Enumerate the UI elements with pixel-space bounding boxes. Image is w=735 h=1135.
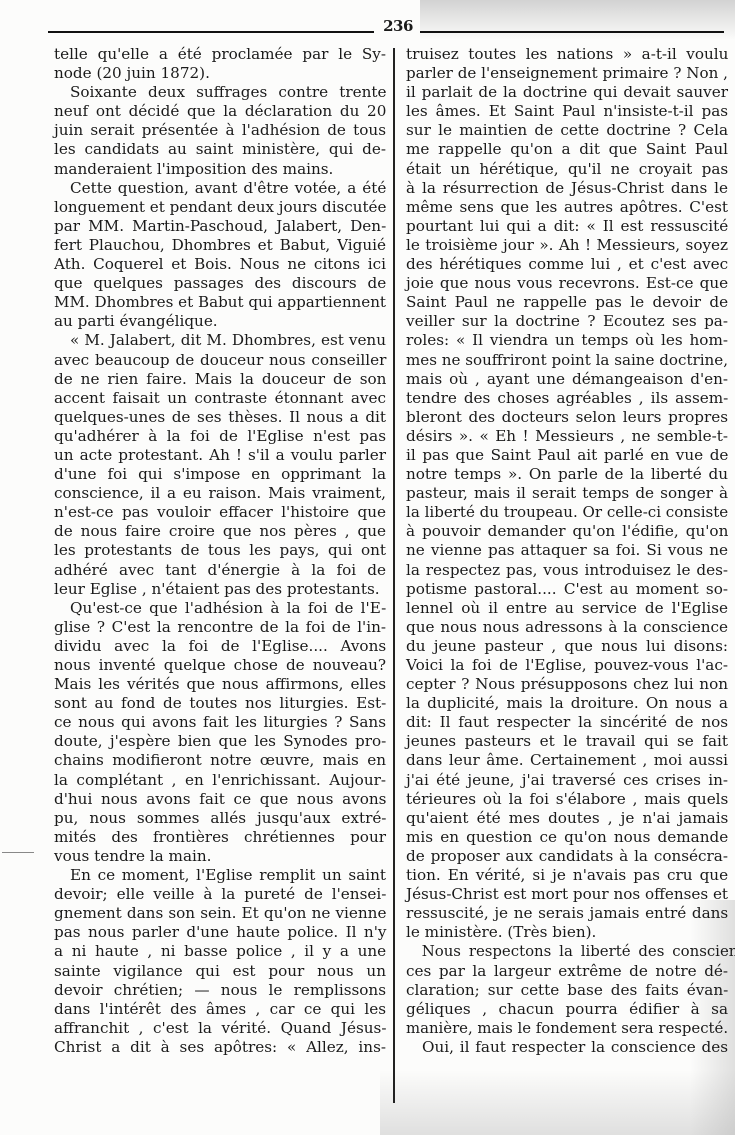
text-line: juin serait présentée à l'adhésion de to… <box>54 121 386 140</box>
text-line: me rappelle qu'on a dit que Saint Paul <box>406 140 728 159</box>
text-line: les âmes. Et Saint Paul n'insiste-t-il p… <box>406 102 728 121</box>
text-line: tion. En vérité, si je n'avais pas cru q… <box>406 866 728 885</box>
text-line: chains modifieront notre œuvre, mais en <box>54 751 386 770</box>
text-line: qu'aient été mes doutes , je n'ai jamais <box>406 809 728 828</box>
margin-mark <box>2 852 34 853</box>
text-line: ne vienne pas attaquer sa foi. Si vous n… <box>406 541 728 560</box>
header-rule-right <box>420 31 724 33</box>
text-line: pourtant lui qui a dit: « Il est ressusc… <box>406 217 728 236</box>
text-line: la liberté du troupeau. Or celle-ci cons… <box>406 503 728 522</box>
text-line: sur le maintien de cette doctrine ? Cela <box>406 121 728 140</box>
text-line: neuf ont décidé que la déclaration du 20 <box>54 102 386 121</box>
text-line: le ministère. (Très bien). <box>406 923 728 942</box>
text-line: la complétant , en l'enrichissant. Aujou… <box>54 771 386 790</box>
text-line: conscience, il a eu raison. Mais vraimen… <box>54 484 386 503</box>
text-line: du jeune pasteur , que nous lui disons: <box>406 637 728 656</box>
text-line: géliques , chacun pourra édifier à sa <box>406 1000 728 1019</box>
text-line: était un hérétique, qu'il ne croyait pas <box>406 160 728 179</box>
text-line: les protestants de tous les pays, qui on… <box>54 541 386 560</box>
text-line: glise ? C'est la rencontre de la foi de … <box>54 618 386 637</box>
text-line: mes ne souffriront point la saine doctri… <box>406 351 728 370</box>
text-line: avec beaucoup de douceur nous conseiller <box>54 351 386 370</box>
text-line: accent faisait un contraste étonnant ave… <box>54 389 386 408</box>
text-line: tendre des choses agréables , ils assem- <box>406 389 728 408</box>
text-line: Ath. Coquerel et Bois. Nous ne citons ic… <box>54 255 386 274</box>
text-line: sainte vigilance qui est pour nous un <box>54 962 386 981</box>
right-column: truisez toutes les nations » a-t-il voul… <box>406 45 728 1057</box>
text-line: de nous faire croire que nos pères , que <box>54 522 386 541</box>
text-line: quelques-unes de ses thèses. Il nous a d… <box>54 408 386 427</box>
text-line: un acte protestant. Ah ! s'il a voulu pa… <box>54 446 386 465</box>
text-line: leur Eglise , n'étaient pas des protesta… <box>54 580 386 599</box>
text-line: qu'adhérer à la foi de l'Eglise n'est pa… <box>54 427 386 446</box>
text-line: que nous nous adressons à la conscience <box>406 618 728 637</box>
text-line: à pouvoir demander qu'on l'édifie, qu'on <box>406 522 728 541</box>
text-line: vous tendre la main. <box>54 847 386 866</box>
text-line: a ni haute , ni basse police , il y a un… <box>54 942 386 961</box>
text-line: « M. Jalabert, dit M. Dhombres, est venu <box>54 331 386 350</box>
text-line: d'une foi qui s'impose en opprimant la <box>54 465 386 484</box>
text-line: d'hui nous avons fait ce que nous avons <box>54 790 386 809</box>
text-line: adhéré avec tant d'énergie à la foi de <box>54 561 386 580</box>
text-line: Nous respectons la liberté des conscien- <box>406 942 735 961</box>
text-line: Christ a dit à ses apôtres: « Allez, ins… <box>54 1038 386 1057</box>
text-line: nous inventé quelque chose de nouveau? <box>54 656 386 675</box>
text-line: j'ai été jeune, j'ai traversé ces crises… <box>406 771 728 790</box>
text-line: cepter ? Nous présupposons chez lui non <box>406 675 728 694</box>
text-line: Qu'est-ce que l'adhésion à la foi de l'E… <box>54 599 386 618</box>
text-line: la respectez pas, vous introduisez le de… <box>406 561 728 580</box>
text-line: dans l'intérêt des âmes , car ce qui les <box>54 1000 386 1019</box>
text-line: pas nous parler d'une haute police. Il n… <box>54 923 386 942</box>
text-line: dit: Il faut respecter la sincérité de n… <box>406 713 728 732</box>
text-line: telle qu'elle a été proclamée par le Sy- <box>54 45 386 64</box>
page-header: 236 <box>48 17 724 37</box>
text-line: joie que nous vous recevrons. Est-ce que <box>406 274 728 293</box>
text-line: de ne rien faire. Mais la douceur de son <box>54 370 386 389</box>
text-line: par MM. Martin-Paschoud, Jalabert, Den- <box>54 217 386 236</box>
text-line: En ce moment, l'Eglise remplit un saint <box>54 866 386 885</box>
text-line: manière, mais le fondement sera respecté… <box>406 1019 728 1038</box>
text-line: bleront des docteurs selon leurs propres <box>406 408 728 427</box>
text-line: notre temps ». On parle de la liberté du <box>406 465 728 484</box>
page-number: 236 <box>378 17 418 35</box>
text-line: désirs ». « Eh ! Messieurs , ne semble-t… <box>406 427 728 446</box>
text-line: dividu avec la foi de l'Eglise.... Avons <box>54 637 386 656</box>
text-line: Saint Paul ne rappelle pas le devoir de <box>406 293 728 312</box>
text-line: il parlait de la doctrine qui devait sau… <box>406 83 728 102</box>
text-line: gnement dans son sein. Et qu'on ne vienn… <box>54 904 386 923</box>
text-line: ces par la largeur extrême de notre dé- <box>406 962 728 981</box>
header-rule-left <box>48 31 374 33</box>
text-line: affranchit , c'est la vérité. Quand Jésu… <box>54 1019 386 1038</box>
text-line: Voici la foi de l'Eglise, pouvez-vous l'… <box>406 656 728 675</box>
text-line: à la résurrection de Jésus-Christ dans l… <box>406 179 728 198</box>
text-line: que quelques passages des discours de <box>54 274 386 293</box>
text-line: jeunes pasteurs et le travail qui se fai… <box>406 732 728 751</box>
text-line: potisme pastoral.... C'est au moment so- <box>406 580 728 599</box>
text-line: manderaient l'imposition des mains. <box>54 160 386 179</box>
text-line: parler de l'enseignement primaire ? Non … <box>406 64 728 83</box>
text-line: Cette question, avant d'être votée, a ét… <box>54 179 386 198</box>
text-line: doute, j'espère bien que les Synodes pro… <box>54 732 386 751</box>
text-line: au parti évangélique. <box>54 312 386 331</box>
text-line: truisez toutes les nations » a-t-il voul… <box>406 45 728 64</box>
column-divider <box>393 48 395 1103</box>
text-line: le troisième jour ». Ah ! Messieurs, soy… <box>406 236 728 255</box>
text-line: claration; sur cette base des faits évan… <box>406 981 728 1000</box>
text-line: de proposer aux candidats à la consécra- <box>406 847 728 866</box>
text-line: devoir; elle veille à la pureté de l'ens… <box>54 885 386 904</box>
text-line: pu, nous sommes allés jusqu'aux extré- <box>54 809 386 828</box>
text-line: roles: « Il viendra un temps où les hom- <box>406 331 728 350</box>
text-line: lennel où il entre au service de l'Eglis… <box>406 599 728 618</box>
text-line: veiller sur la doctrine ? Ecoutez ses pa… <box>406 312 728 331</box>
text-line: mis en question ce qu'on nous demande <box>406 828 728 847</box>
text-line: node (20 juin 1872). <box>54 64 386 83</box>
scan-smudge-bottom <box>380 1070 735 1135</box>
text-line: longuement et pendant deux jours discuté… <box>54 198 386 217</box>
text-line: sont au fond de toutes nos liturgies. Es… <box>54 694 386 713</box>
text-line: mités des frontières chrétiennes pour <box>54 828 386 847</box>
text-line: térieures où la foi s'élabore , mais que… <box>406 790 728 809</box>
text-line: Oui, il faut respecter la conscience des <box>406 1038 728 1057</box>
text-line: Mais les vérités que nous affirmons, ell… <box>54 675 386 694</box>
text-line: mais où , ayant une démangeaison d'en- <box>406 370 728 389</box>
text-line: pasteur, mais il serait temps de songer … <box>406 484 728 503</box>
text-line: il pas que Saint Paul ait parlé en vue d… <box>406 446 728 465</box>
text-line: ressuscité, je ne serais jamais entré da… <box>406 904 728 923</box>
text-line: Soixante deux suffrages contre trente <box>54 83 386 102</box>
text-line: MM. Dhombres et Babut qui appartiennent <box>54 293 386 312</box>
left-column: telle qu'elle a été proclamée par le Sy-… <box>54 45 386 1057</box>
text-line: devoir chrétien; — nous le remplissons <box>54 981 386 1000</box>
text-line: même sens que les autres apôtres. C'est <box>406 198 728 217</box>
text-line: les candidats au saint ministère, qui de… <box>54 140 386 159</box>
text-line: la duplicité, mais la droiture. On nous … <box>406 694 728 713</box>
text-line: des hérétiques comme lui , et c'est avec <box>406 255 728 274</box>
text-line: ce nous qui avons fait les liturgies ? S… <box>54 713 386 732</box>
text-line: fert Plauchou, Dhombres et Babut, Viguié <box>54 236 386 255</box>
text-line: n'est-ce pas vouloir effacer l'histoire … <box>54 503 386 522</box>
text-line: Jésus-Christ est mort pour nos offenses … <box>406 885 728 904</box>
text-line: dans leur âme. Certainement , moi aussi <box>406 751 728 770</box>
